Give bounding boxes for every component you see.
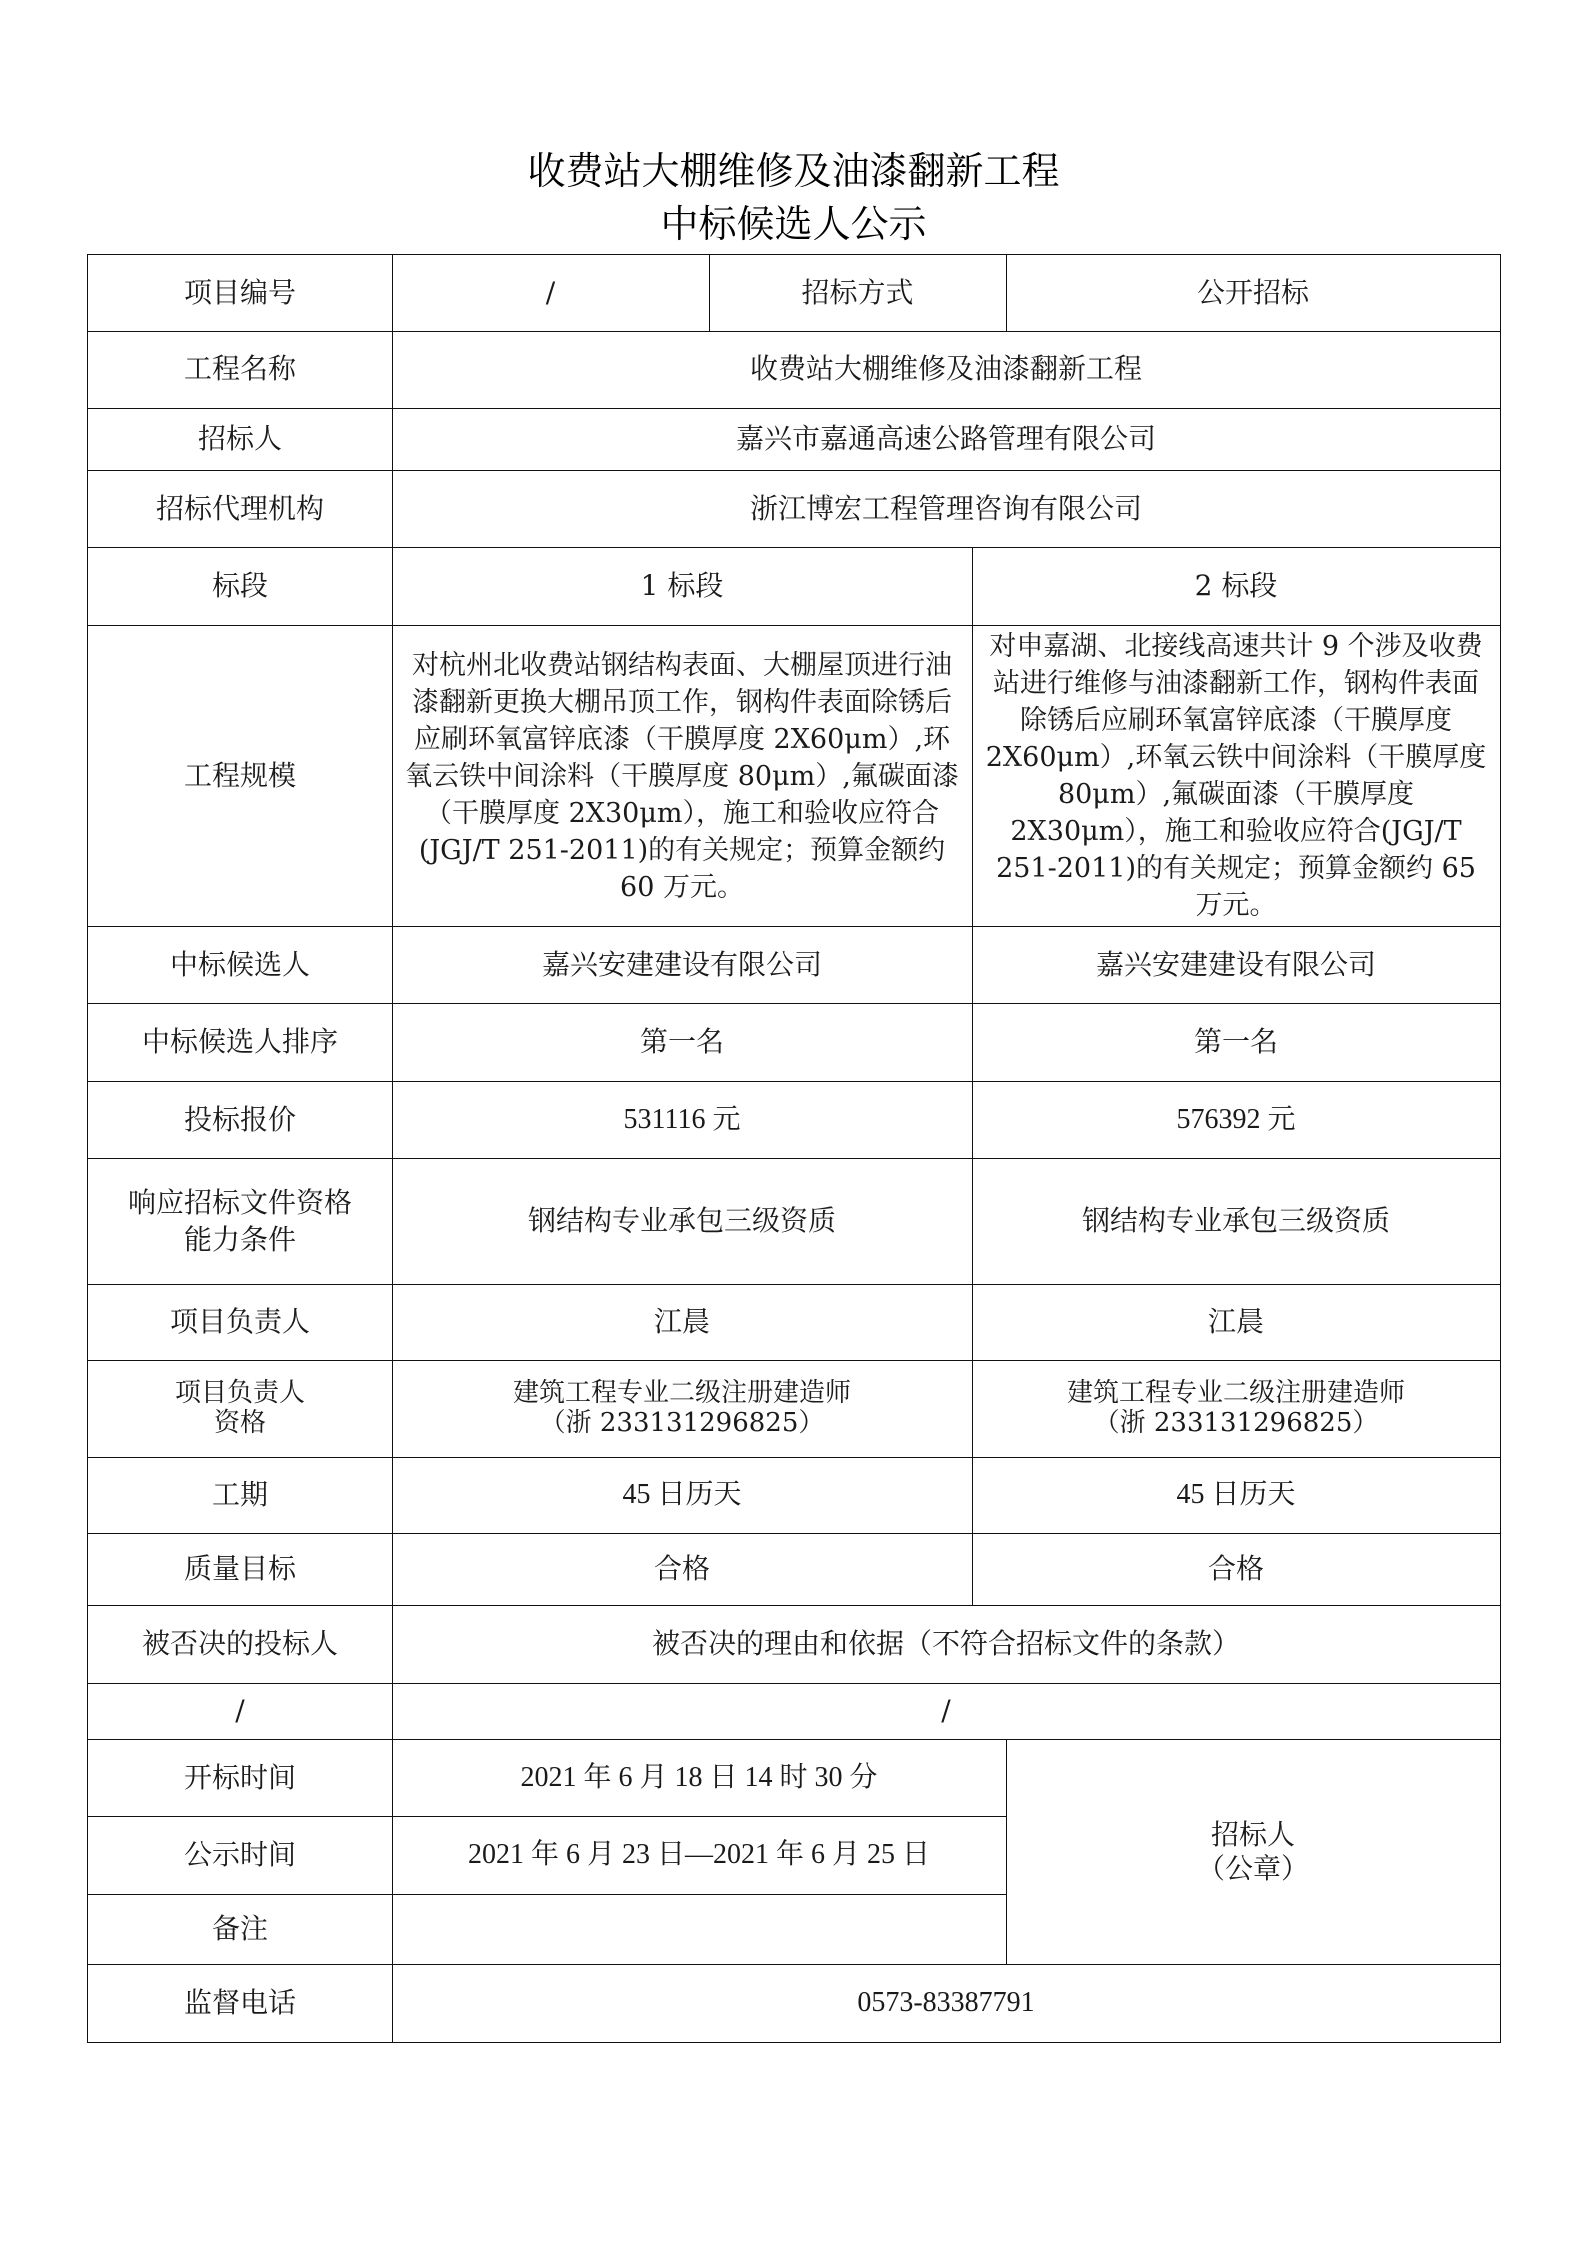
value-candidate-1: 嘉兴安建建设有限公司 [392,927,973,1004]
value-qualification-1: 钢结构专业承包三级资质 [392,1159,973,1285]
value-project-no: / [392,254,710,332]
value-section-2: 2 标段 [972,548,1501,626]
label-hotline: 监督电话 [87,1965,393,2043]
value-manager-qual-2-line2: （浙 233131296825） [1094,1409,1379,1439]
label-manager-qual: 项目负责人 资格 [87,1361,393,1458]
value-manager-qual-1: 建筑工程专业二级注册建造师 （浙 233131296825） [392,1361,973,1458]
label-tender-method: 招标方式 [709,254,1007,332]
value-duration-1: 45 日历天 [392,1458,973,1534]
label-remarks: 备注 [87,1895,393,1965]
label-manager-qual-line1: 项目负责人 [175,1379,305,1409]
value-qualification-2: 钢结构专业承包三级资质 [972,1159,1501,1285]
label-manager-qual-line2: 资格 [214,1409,266,1439]
value-agency: 浙江博宏工程管理咨询有限公司 [392,471,1501,548]
label-agency: 招标代理机构 [87,471,393,548]
label-ranking: 中标候选人排序 [87,1004,393,1082]
label-quality: 质量目标 [87,1534,393,1606]
value-ranking-1: 第一名 [392,1004,973,1082]
value-rejected: 被否决的理由和依据（不符合招标文件的条款） [392,1606,1501,1684]
value-duration-2: 45 日历天 [972,1458,1501,1534]
label-tenderer: 招标人 [87,409,393,471]
value-tender-method: 公开招标 [1006,254,1501,332]
value-section-1: 1 标段 [392,548,973,626]
label-qualification-line2: 能力条件 [184,1222,296,1258]
label-qualification: 响应招标文件资格 能力条件 [87,1159,393,1285]
value-manager-2: 江晨 [972,1285,1501,1361]
label-rejected: 被否决的投标人 [87,1606,393,1684]
value-remarks [392,1895,1007,1965]
value-hotline: 0573-83387791 [392,1965,1501,2043]
label-candidate: 中标候选人 [87,927,393,1004]
value-open-time: 2021 年 6 月 18 日 14 时 30 分 [392,1740,1007,1817]
label-section: 标段 [87,548,393,626]
value-manager-qual-2-line1: 建筑工程专业二级注册建造师 [1067,1379,1405,1409]
value-candidate-2: 嘉兴安建建设有限公司 [972,927,1501,1004]
label-rejected-entry: / [87,1684,393,1740]
value-quality-2: 合格 [972,1534,1501,1606]
value-scale-1: 对杭州北收费站钢结构表面、大棚屋顶进行油漆翻新更换大棚吊顶工作，钢构件表面除锈后… [392,626,973,927]
seal-line1: 招标人 [1211,1818,1295,1852]
label-scale: 工程规模 [87,626,393,927]
value-tenderer: 嘉兴市嘉通高速公路管理有限公司 [392,409,1501,471]
label-project-no: 项目编号 [87,254,393,332]
value-rejected-entry: / [392,1684,1501,1740]
value-project-name: 收费站大棚维修及油漆翻新工程 [392,331,1501,409]
tenderer-seal: 招标人 （公章） [1006,1740,1501,1965]
label-project-name: 工程名称 [87,331,393,409]
value-bid-price-2: 576392 元 [972,1082,1501,1159]
value-manager-qual-2: 建筑工程专业二级注册建造师 （浙 233131296825） [972,1361,1501,1458]
label-open-time: 开标时间 [87,1740,393,1817]
seal-line2: （公章） [1197,1852,1309,1886]
value-manager-qual-1-line2: （浙 233131296825） [540,1409,825,1439]
value-quality-1: 合格 [392,1534,973,1606]
label-qualification-line1: 响应招标文件资格 [128,1185,352,1221]
label-bid-price: 投标报价 [87,1082,393,1159]
label-manager: 项目负责人 [87,1285,393,1361]
value-bid-price-1: 531116 元 [392,1082,973,1159]
value-manager-qual-1-line1: 建筑工程专业二级注册建造师 [513,1379,851,1409]
value-manager-1: 江晨 [392,1285,973,1361]
label-publicity-time: 公示时间 [87,1817,393,1895]
document-title-line2: 中标候选人公示 [0,205,1587,243]
value-publicity-time: 2021 年 6 月 23 日—2021 年 6 月 25 日 [392,1817,1007,1895]
value-ranking-2: 第一名 [972,1004,1501,1082]
value-scale-2: 对申嘉湖、北接线高速共计 9 个涉及收费站进行维修与油漆翻新工作，钢构件表面除锈… [972,626,1501,927]
document-title-line1: 收费站大棚维修及油漆翻新工程 [0,152,1587,190]
label-duration: 工期 [87,1458,393,1534]
